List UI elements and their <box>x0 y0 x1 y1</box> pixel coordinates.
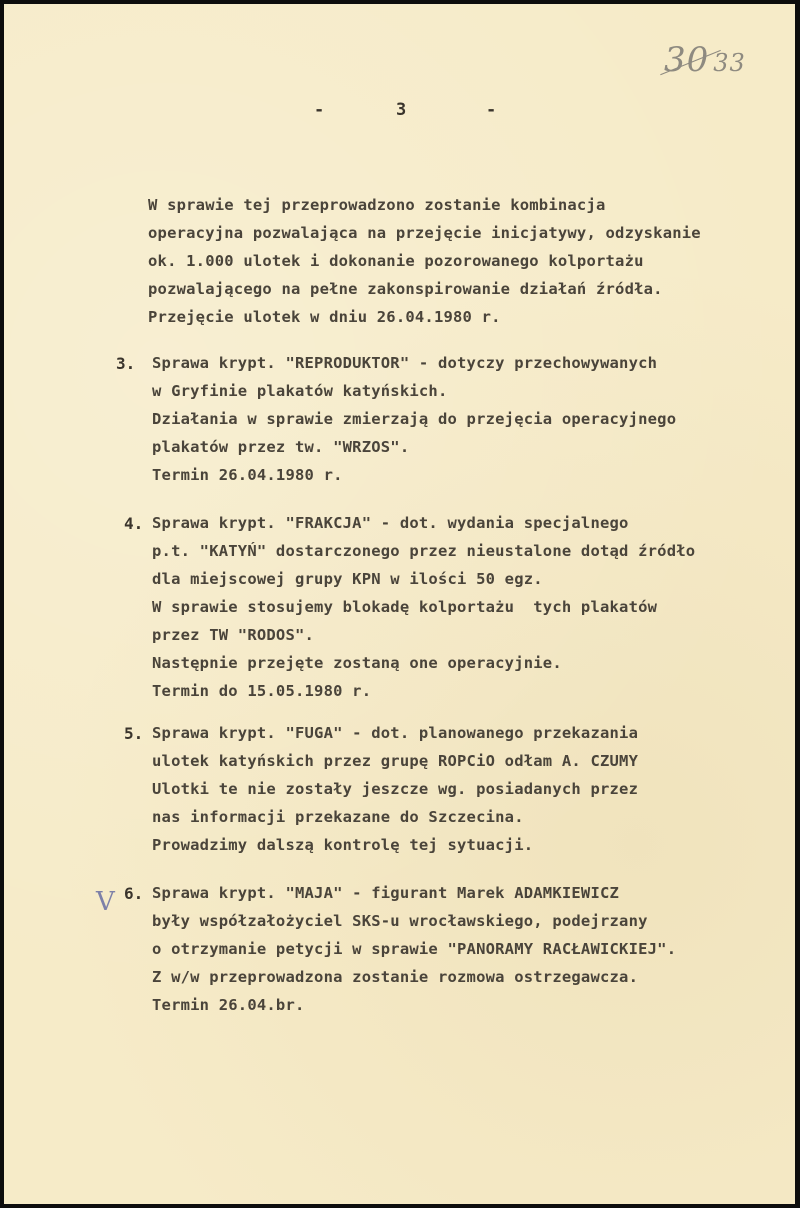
text-line: Działania w sprawie zmierzają do przejęc… <box>152 410 676 428</box>
text-line: W sprawie stosujemy blokadę kolportażu t… <box>152 598 657 616</box>
text-line: przez TW "RODOS". <box>152 626 314 644</box>
text-line: ulotek katyńskich przez grupę ROPCiO odł… <box>152 752 638 770</box>
text-line: były współzałożyciel SKS-u wrocławskiego… <box>152 912 648 930</box>
text-line: Następnie przejęte zostaną one operacyjn… <box>152 654 562 672</box>
text-line: p.t. "KATYŃ" dostarczonego przez nieusta… <box>152 542 695 560</box>
item-number: 6. <box>124 884 143 903</box>
text-line: Przejęcie ulotek w dniu 26.04.1980 r. <box>148 308 501 326</box>
text-line: Z w/w przeprowadzona zostanie rozmowa os… <box>152 968 638 986</box>
text-line: Sprawa krypt. "FUGA" - dot. planowanego … <box>152 724 638 742</box>
text-line: dla miejscowej grupy KPN w ilości 50 egz… <box>152 570 543 588</box>
text-line: nas informacji przekazane do Szczecina. <box>152 808 524 826</box>
item-number: 4. <box>124 514 143 533</box>
text-line: plakatów przez tw. "WRZOS". <box>152 438 409 456</box>
archive-page-number: 33 <box>713 49 746 77</box>
text-line: pozwalającego na pełne zakonspirowanie d… <box>148 280 663 298</box>
text-line: o otrzymanie petycji w sprawie "PANORAMY… <box>152 940 676 958</box>
text-line: Sprawa krypt. "REPRODUKTOR" - dotyczy pr… <box>152 354 657 372</box>
text-line: w Gryfinie plakatów katyńskich. <box>152 382 448 400</box>
text-line: ok. 1.000 ulotek i dokonanie pozorowaneg… <box>148 252 644 270</box>
text-line: Prowadzimy dalszą kontrolę tej sytuacji. <box>152 836 533 854</box>
handwritten-check-mark: V <box>96 887 115 917</box>
text-line: Termin 26.04.br. <box>152 996 305 1014</box>
struck-page-number: 30 <box>664 40 709 80</box>
text-line: Termin 26.04.1980 r. <box>152 466 343 484</box>
page-number: 3 <box>396 100 406 120</box>
page-marker-right: - <box>486 100 496 120</box>
text-line: Termin do 15.05.1980 r. <box>152 682 371 700</box>
text-line: Ulotki te nie zostały jeszcze wg. posiad… <box>152 780 638 798</box>
item-number: 5. <box>124 724 143 743</box>
handwritten-page-annotation: 3033 <box>664 40 746 80</box>
document-page: 3033 - 3 - W sprawie tej przeprowadzono … <box>4 4 795 1204</box>
item-number: 3. <box>116 354 135 373</box>
text-line: operacyjna pozwalająca na przejęcie inic… <box>148 224 701 242</box>
page-marker-left: - <box>314 100 324 120</box>
text-line: W sprawie tej przeprowadzono zostanie ko… <box>148 196 606 214</box>
text-line: Sprawa krypt. "MAJA" - figurant Marek AD… <box>152 884 619 902</box>
text-line: Sprawa krypt. "FRAKCJA" - dot. wydania s… <box>152 514 629 532</box>
